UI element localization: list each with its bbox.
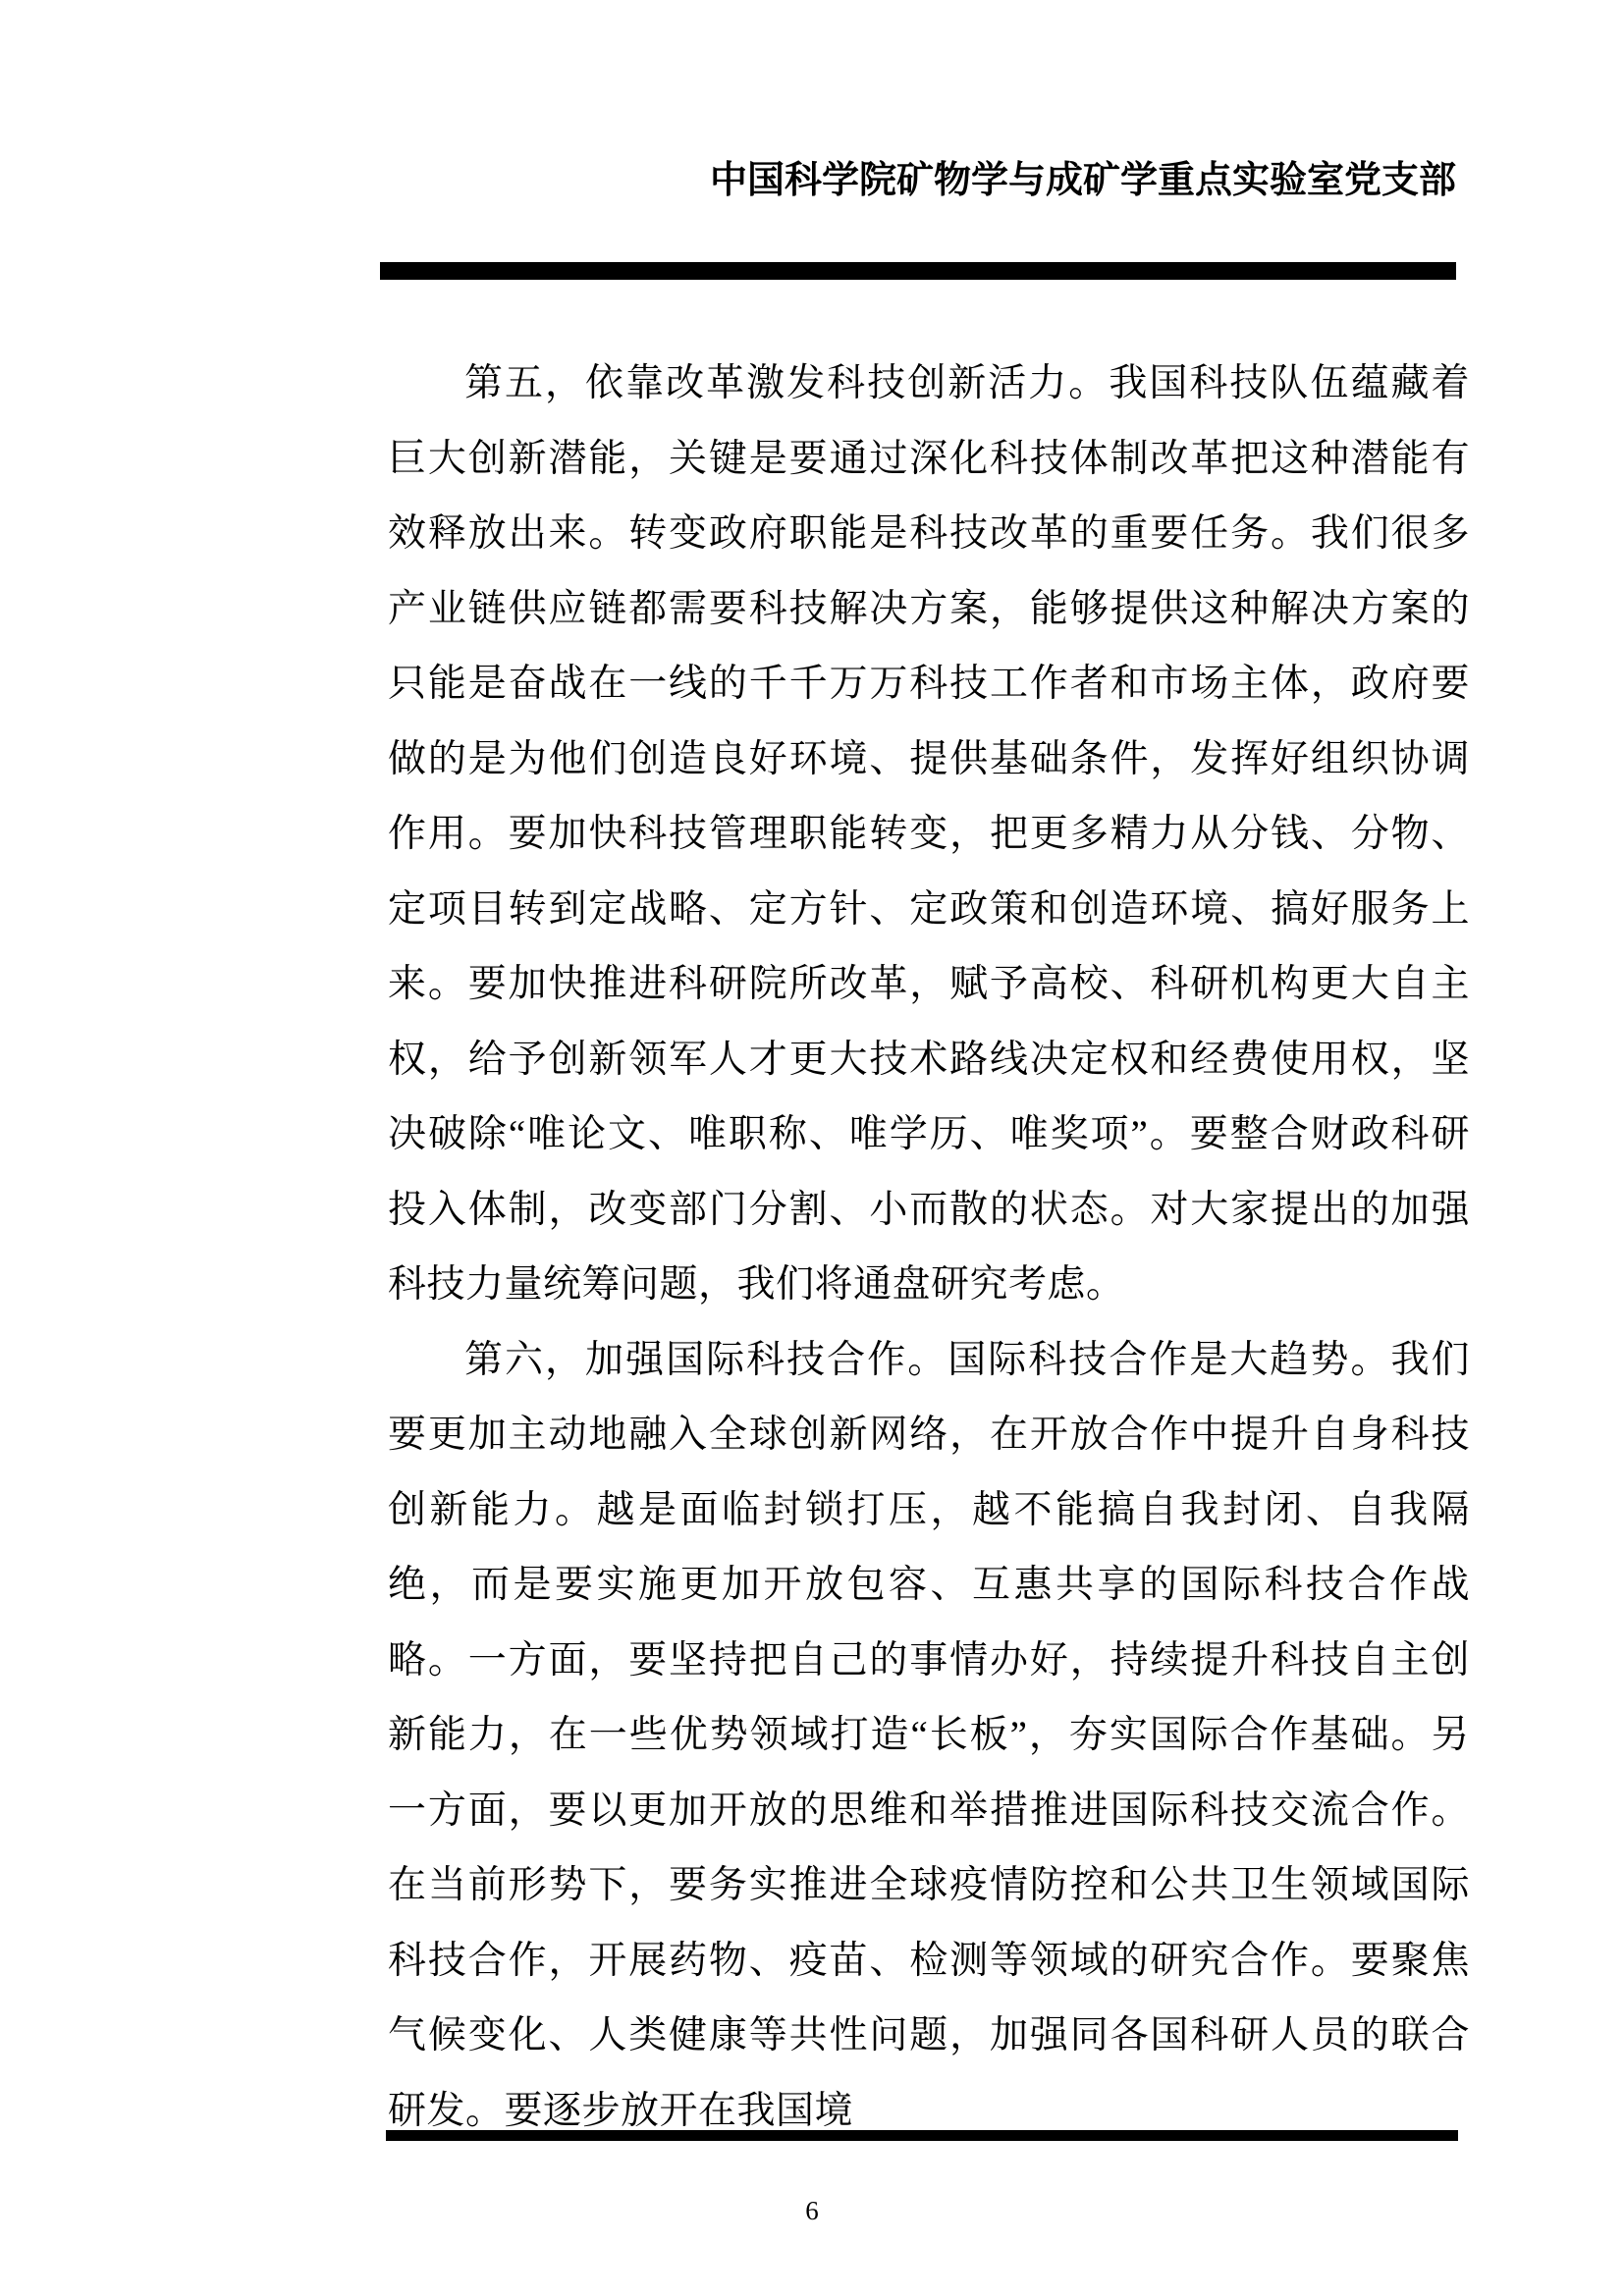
paragraph-1: 第五，依靠改革激发科技创新活力。我国科技队伍蕴藏着巨大创新潜能，关键是要通过深化…: [388, 347, 1470, 1323]
document-page: 中国科学院矿物学与成矿学重点实验室党支部 第五，依靠改革激发科技创新活力。我国科…: [0, 0, 1624, 2296]
footer-rule: [386, 2130, 1458, 2141]
header-rule: [380, 262, 1456, 280]
paragraph-2: 第六，加强国际科技合作。国际科技合作是大趋势。我们要更加主动地融入全球创新网络，…: [388, 1323, 1470, 2150]
header-title: 中国科学院矿物学与成矿学重点实验室党支部: [388, 155, 1456, 206]
document-body: 第五，依靠改革激发科技创新活力。我国科技队伍蕴藏着巨大创新潜能，关键是要通过深化…: [388, 347, 1470, 2149]
page-number: 6: [0, 2195, 1624, 2226]
